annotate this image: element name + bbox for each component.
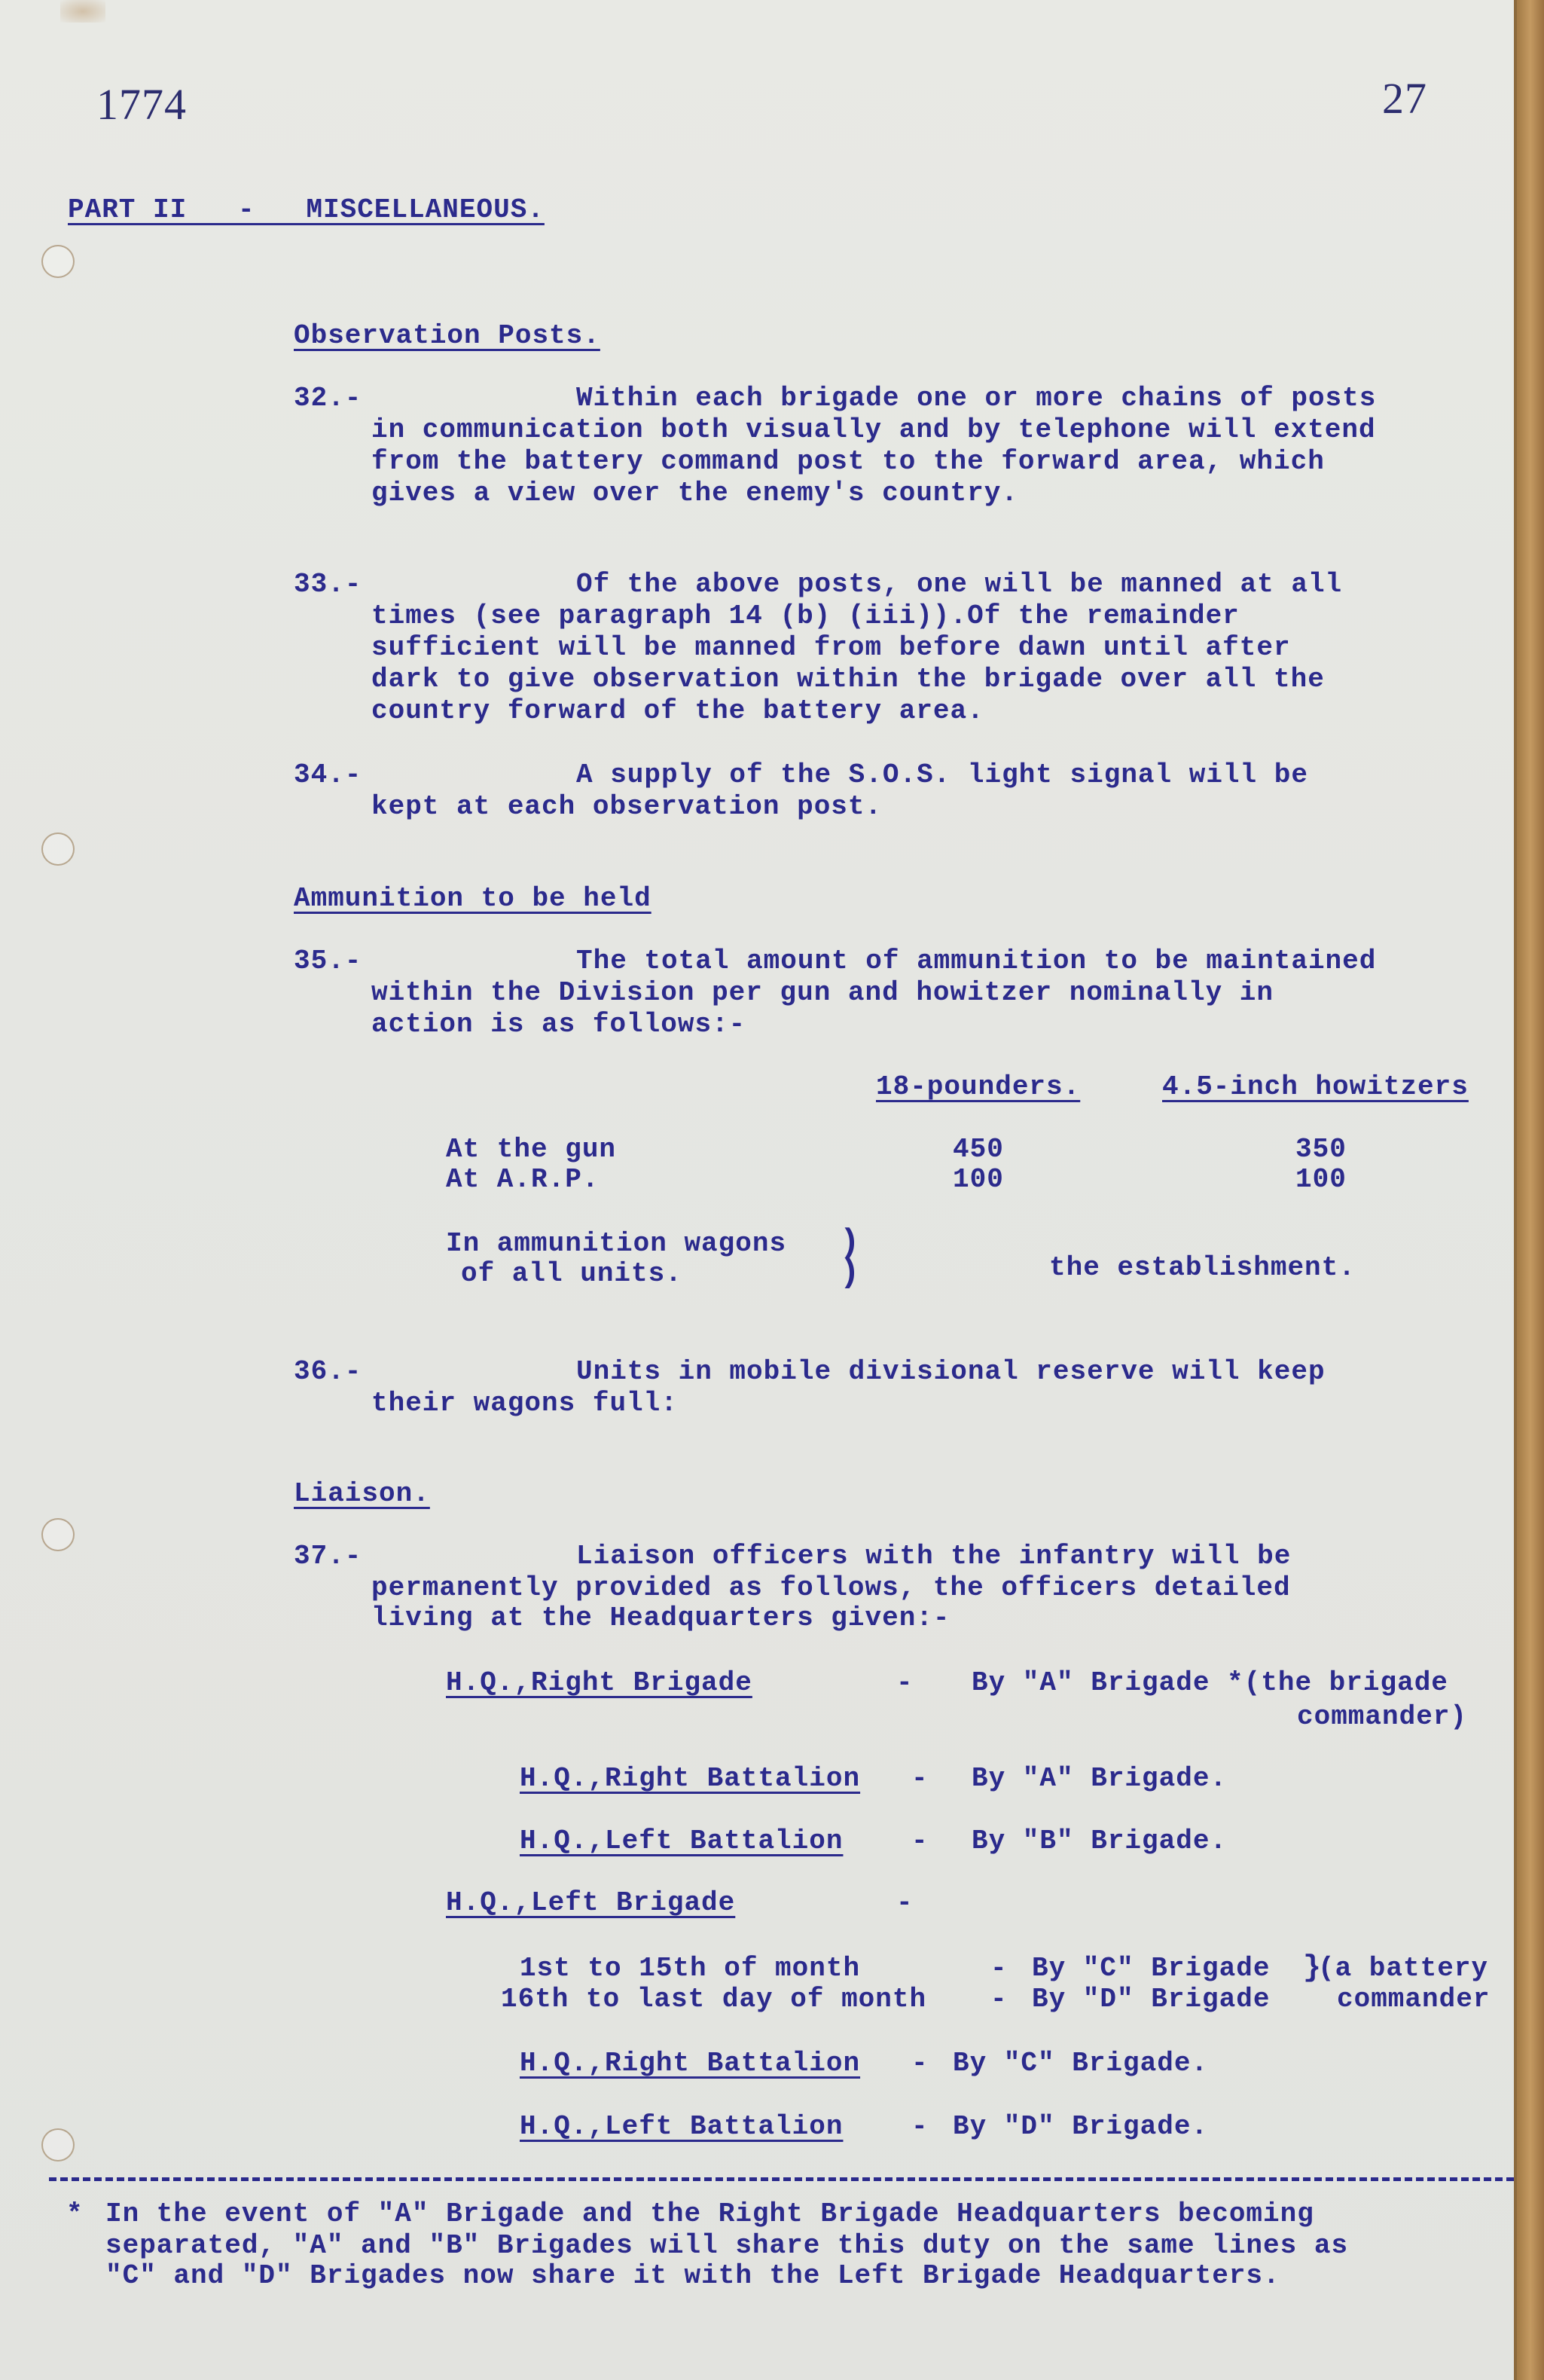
dash: - — [911, 1825, 929, 1857]
liaison-label-left-battalion: H.Q.,Left Battalion — [520, 2111, 843, 2143]
table-cell: 450 — [953, 1134, 1004, 1166]
liaison-label-right-battalion: H.Q.,Right Battalion — [520, 1763, 860, 1795]
table-row-label: At A.R.P. — [446, 1164, 599, 1196]
paragraph-line: from the battery command post to the for… — [371, 446, 1325, 478]
paragraph-number: 34.- — [294, 759, 362, 791]
paragraph-line: A supply of the S.O.S. light signal will… — [576, 759, 1308, 791]
paragraph-line: Liaison officers with the infantry will … — [576, 1541, 1291, 1572]
rust-stain — [60, 0, 105, 23]
paragraph-line: gives a view over the enemy's country. — [371, 478, 1018, 509]
dash: - — [911, 1763, 929, 1795]
table-row-label: At the gun — [446, 1134, 616, 1166]
liaison-value: By "C" Brigade. — [953, 2048, 1208, 2079]
paragraph-line: country forward of the battery area. — [371, 695, 984, 727]
paragraph-line: in communication both visually and by te… — [371, 414, 1376, 446]
table-cell: 100 — [953, 1164, 1004, 1196]
dash: - — [896, 1667, 914, 1699]
document-page: 1774 27 PART II - MISCELLANEOUS. Observa… — [0, 0, 1517, 2380]
liaison-value: By "A" Brigade. — [972, 1763, 1227, 1795]
rota-note: (a battery — [1318, 1953, 1488, 1984]
paragraph-number: 37.- — [294, 1541, 362, 1572]
section-heading-liaison: Liaison. — [294, 1478, 430, 1510]
table-header-howitzers: 4.5-inch howitzers — [1162, 1071, 1469, 1103]
paragraph-line: times (see paragraph 14 (b) (iii)).Of th… — [371, 600, 1240, 632]
footnote-separator — [49, 2177, 1514, 2181]
dash: - — [911, 2048, 929, 2079]
brace-icon: ) — [840, 1254, 859, 1292]
punch-hole — [41, 1518, 75, 1551]
dash: - — [990, 1984, 1008, 2015]
rota-period: 1st to 15th of month — [520, 1953, 860, 1984]
paragraph-number: 35.- — [294, 946, 362, 977]
footnote-line: separated, "A" and "B" Brigades will sha… — [105, 2230, 1348, 2262]
paragraph-number: 36.- — [294, 1356, 362, 1388]
punch-hole — [41, 2128, 75, 2162]
wagons-label: of all units. — [461, 1258, 682, 1290]
liaison-label-left-battalion: H.Q.,Left Battalion — [520, 1825, 843, 1857]
paragraph-line: sufficient will be manned from before da… — [371, 632, 1291, 664]
table-header-18-pounders: 18-pounders. — [876, 1071, 1080, 1103]
paragraph-line: dark to give observation within the brig… — [371, 664, 1325, 695]
table-cell: 100 — [1295, 1164, 1347, 1196]
punch-hole — [41, 245, 75, 278]
paragraph-line: kept at each observation post. — [371, 791, 882, 823]
paragraph-line: permanently provided as follows, the off… — [371, 1572, 1291, 1604]
paragraph-line: within the Division per gun and howitzer… — [371, 977, 1274, 1009]
liaison-label-right-brigade: H.Q.,Right Brigade — [446, 1667, 752, 1699]
paragraph-line: action is as follows:- — [371, 1009, 746, 1040]
paragraph-line: their wagons full: — [371, 1388, 678, 1419]
page-number: 27 — [1382, 83, 1427, 115]
paragraph-line: Units in mobile divisional reserve will … — [576, 1356, 1326, 1388]
dash: - — [911, 2111, 929, 2143]
paragraph-line: Of the above posts, one will be manned a… — [576, 569, 1342, 600]
liaison-value: By "D" Brigade. — [953, 2111, 1208, 2143]
paragraph-number: 33.- — [294, 569, 362, 600]
dash: - — [896, 1887, 914, 1919]
file-number: 1774 — [96, 89, 187, 121]
dash: - — [990, 1953, 1008, 1984]
paragraph-line: The total amount of ammunition to be mai… — [576, 946, 1376, 977]
footnote-line: "C" and "D" Brigades now share it with t… — [105, 2260, 1280, 2292]
footnote-marker: * — [66, 2198, 84, 2230]
rota-value: By "D" Brigade — [1032, 1984, 1270, 2015]
paragraph-number: 32.- — [294, 383, 362, 414]
rota-period: 16th to last day of month — [501, 1984, 926, 2015]
wagons-label: In ammunition wagons — [446, 1228, 786, 1260]
liaison-label-right-battalion: H.Q.,Right Battalion — [520, 2048, 860, 2079]
liaison-value-cont: commander) — [1297, 1701, 1467, 1733]
wagons-value: the establishment. — [1049, 1252, 1356, 1284]
punch-hole — [41, 833, 75, 866]
liaison-value: By "A" Brigade *(the brigade — [972, 1667, 1448, 1699]
part-title: PART II - MISCELLANEOUS. — [68, 194, 545, 226]
paragraph-line: living at the Headquarters given:- — [371, 1602, 951, 1634]
table-cell: 350 — [1295, 1134, 1347, 1166]
rota-note: commander — [1337, 1984, 1490, 2015]
folder-binding — [1517, 0, 1544, 2380]
footnote-line: In the event of "A" Brigade and the Righ… — [105, 2198, 1314, 2230]
liaison-value: By "B" Brigade. — [972, 1825, 1227, 1857]
section-heading-observation-posts: Observation Posts. — [294, 320, 600, 352]
section-heading-ammunition: Ammunition to be held — [294, 883, 651, 915]
rota-value: By "C" Brigade — [1032, 1953, 1270, 1984]
liaison-label-left-brigade: H.Q.,Left Brigade — [446, 1887, 735, 1919]
paragraph-line: Within each brigade one or more chains o… — [576, 383, 1376, 414]
